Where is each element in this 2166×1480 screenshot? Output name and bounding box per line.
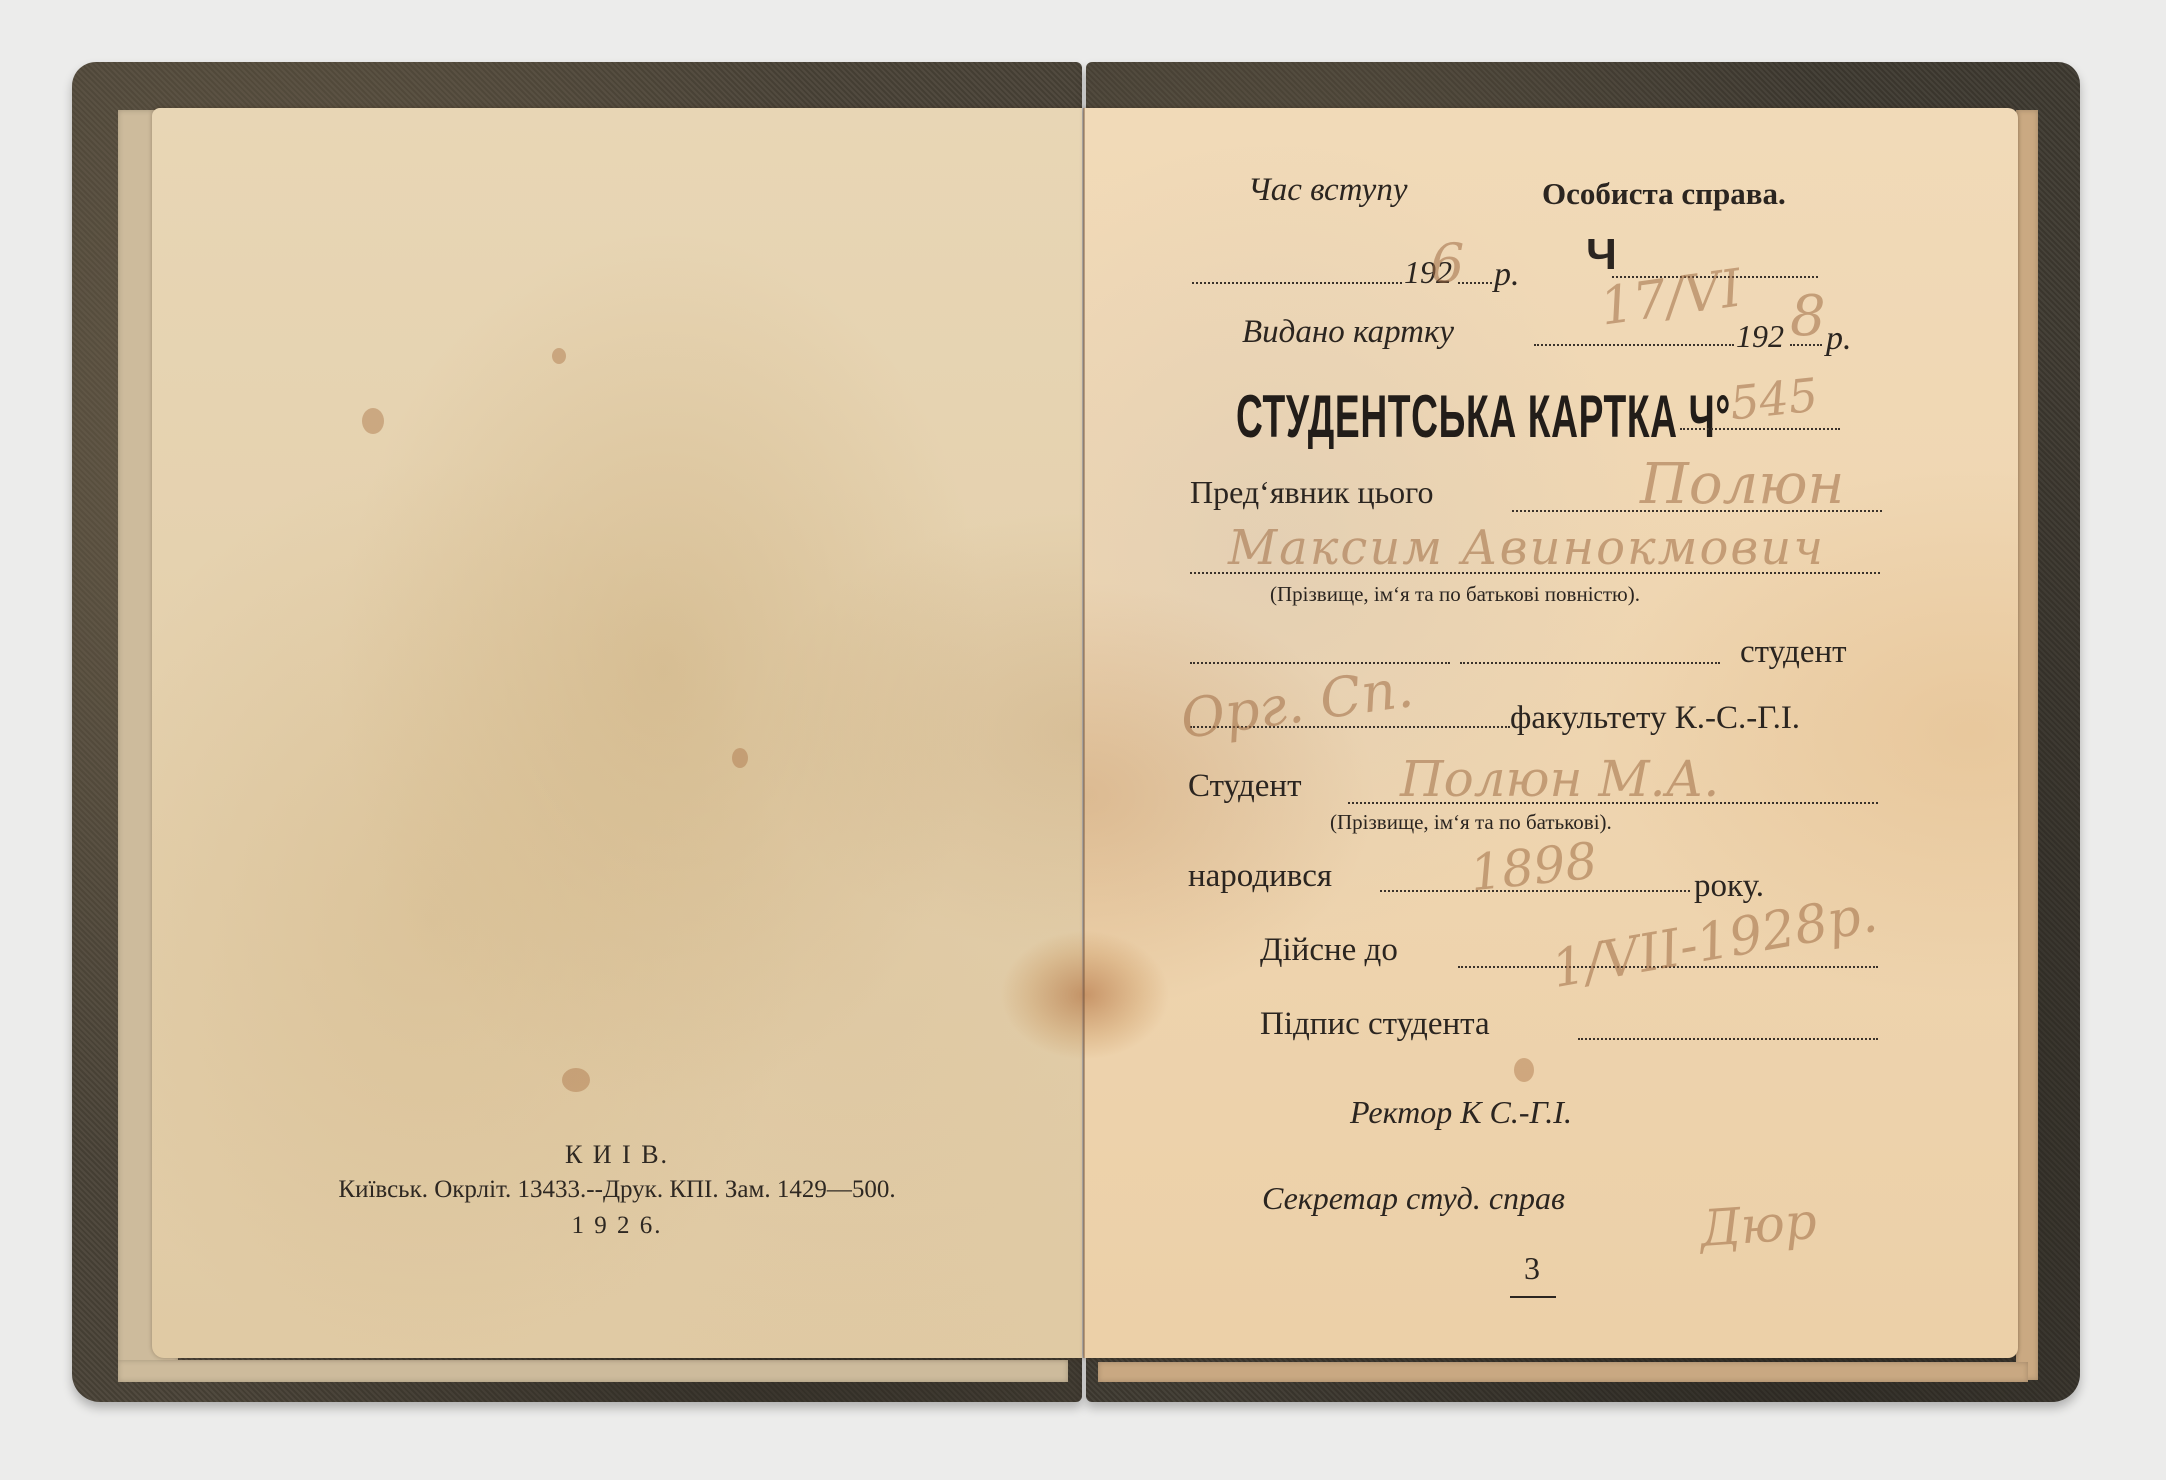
student-name-caption: (Прізвище, ім‘я та по батькові). (1330, 810, 1612, 835)
imprint-year: 1 9 2 6. (152, 1212, 1082, 1240)
signature-label: Підпис студента (1260, 1006, 1490, 1043)
handwritten-issued-year: 8 (1790, 284, 1826, 349)
bearer-label: Пред‘явник цього (1190, 474, 1434, 511)
issued-year-suffix: р. (1826, 320, 1852, 358)
imprint-printer-line: Київськ. Окрліт. 13433.--Друк. КПІ. Зам.… (152, 1176, 1082, 1204)
admission-date-line (1192, 282, 1402, 284)
full-name-caption: (Прізвище, ім‘я та по батькові повністю)… (1270, 582, 1640, 607)
secretary-label: Секретар студ. справ (1262, 1180, 1565, 1217)
flyleaf-edge-bottom-left (118, 1360, 1068, 1382)
stain-spot (552, 348, 566, 364)
rector-label: Ректор К С.-Г.І. (1350, 1094, 1572, 1131)
handwritten-surname: Полюн (1640, 452, 1844, 517)
handwritten-card-number: 545 (1727, 368, 1820, 431)
flyleaf-edge-bottom-right (1098, 1362, 2028, 1382)
stain-spot (562, 1068, 590, 1092)
page-number: 3 (1524, 1250, 1540, 1287)
handwritten-admission-year: 6 (1430, 232, 1464, 295)
born-label: народився (1188, 858, 1332, 895)
issued-label: Видано картку (1242, 314, 1454, 351)
stain-spot (362, 408, 384, 434)
blank-line-b (1460, 662, 1720, 664)
admission-label: Час вступу (1248, 172, 1407, 209)
imprint-city: К И І В. (152, 1140, 1082, 1170)
student-label: Студент (1188, 768, 1302, 805)
spine-fold (1083, 108, 1085, 1358)
personal-file-label: Особиста справа. (1542, 176, 1786, 212)
issued-year-prefix: 192 (1736, 318, 1784, 355)
blank-line-a (1190, 662, 1450, 664)
flyleaf-edge-right (2016, 110, 2038, 1380)
signature-line (1578, 1038, 1878, 1040)
student-word: студент (1740, 634, 1847, 671)
faculty-label: факультету К.-С.-Г.І. (1510, 700, 1800, 737)
handwritten-secretary-signature: Дюр (1698, 1192, 1818, 1258)
card-number-line (1680, 428, 1840, 430)
handwritten-name-patronymic: Максим Авинокмович (1228, 520, 1825, 576)
left-page (152, 108, 1082, 1358)
valid-until-label: Дійсне до (1260, 932, 1398, 969)
stain-spot (1514, 1058, 1534, 1082)
card-title: СТУДЕНТСЬКА КАРТКА Ч° (1236, 382, 1731, 451)
file-number-prefix: Ч (1586, 230, 1617, 280)
page-number-underline (1510, 1296, 1556, 1298)
admission-year-suffix: р. (1494, 256, 1520, 294)
handwritten-student-short: Полюн М.А. (1400, 750, 1719, 808)
year-word: року. (1694, 868, 1764, 905)
issued-date-line (1534, 344, 1734, 346)
stain-spot (732, 748, 748, 768)
spine-stain (1000, 930, 1170, 1060)
